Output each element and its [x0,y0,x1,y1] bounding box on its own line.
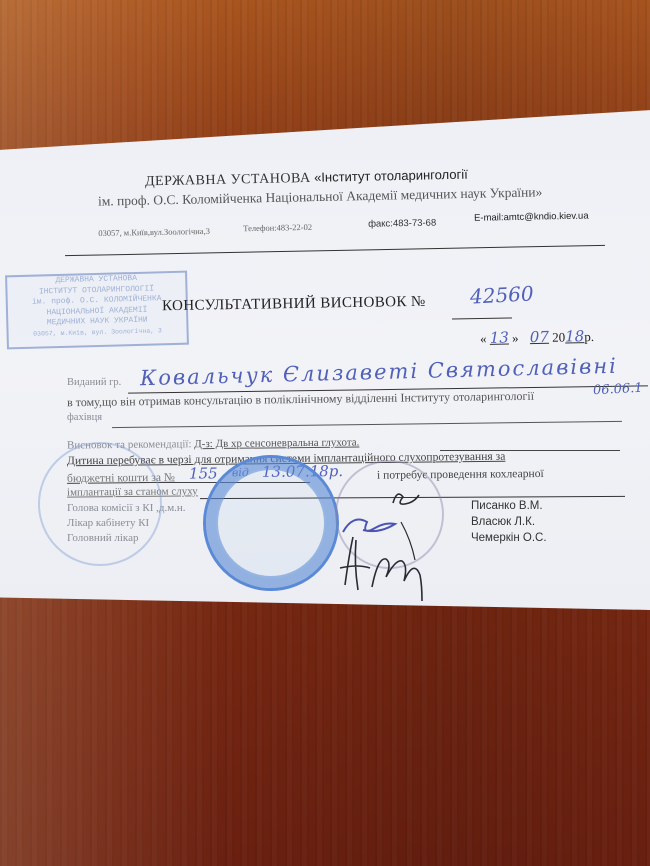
signer-vlasiuk: Власюк Л.К. [471,516,535,528]
fax: факс:483-73-68 [368,218,436,230]
date-quote-close: » [512,330,519,345]
signer-pysanko: Писанко В.М. [471,500,543,512]
document-number: 42560 [469,281,534,308]
document-date: « 13 » 07 2018р. [480,327,594,347]
title-text: КОНСУЛЬТАТИВНИЙ ВИСНОВОК № [162,294,426,315]
birth-date: 06.06.1 [593,381,643,399]
date-quote-open: « [480,331,487,346]
institution-round-seal-icon [203,455,339,591]
diagnosis: Д-з: Дв хр сенсоневральна глухота. [194,436,359,450]
address: 03057, м.Київ,вул.Зоологічна,3 [98,226,210,238]
signer-chemerkin: Чемеркін О.С. [471,532,547,544]
date-year-suffix: 18 [565,327,584,345]
date-month: 07 [530,328,549,346]
email: E-mail:amtc@kndio.kiev.ua [474,211,589,224]
specialists-label: фахівця [67,412,102,423]
phone: Телефон:483-22-02 [243,222,312,233]
institution-name: «Інститут отоларингології [314,167,468,185]
date-suffix: р. [584,329,594,344]
queue-number: 155 [189,464,218,482]
date-day: 13 [490,328,509,346]
gray-round-seal-icon [335,460,444,569]
issued-label: Виданий гр. [67,377,121,388]
date-year-prefix: 20 [552,330,565,345]
institution-caps: ДЕРЖАВНА УСТАНОВА [145,171,311,189]
faint-round-seal-icon [38,442,162,566]
